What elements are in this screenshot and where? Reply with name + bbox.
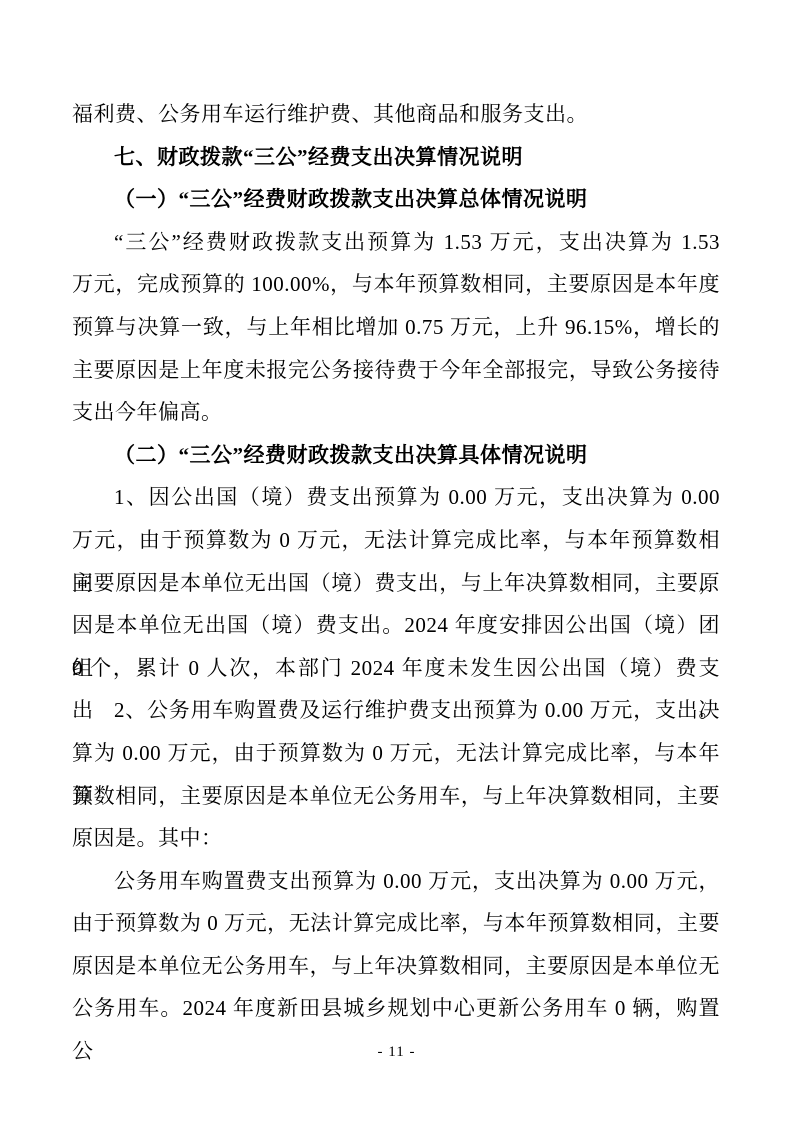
body-line: 预算与决算一致，与上年相比增加 0.75 万元，上升 96.15%，增长的 [72, 306, 720, 349]
body-line: 主要原因是本单位无出国（境）费支出，与上年决算数相同，主要原 [72, 562, 720, 605]
body-line: 1、因公出国（境）费支出预算为 0.00 万元，支出决算为 0.00 [72, 476, 720, 519]
page-number: - 11 - [0, 1045, 793, 1060]
body-line: 公务用车。2024 年度新田县城乡规划中心更新公务用车 0 辆，购置公 [72, 987, 720, 1030]
body-line: 原因是。其中： [72, 817, 720, 860]
section-heading: 七、财政拨款“三公”经费支出决算情况说明 [72, 136, 720, 179]
body-line: 支出今年偏高。 [72, 391, 720, 434]
document-page: 福利费、公务用车运行维护费、其他商品和服务支出。七、财政拨款“三公”经费支出决算… [0, 0, 793, 1122]
body-line: “三公”经费财政拨款支出预算为 1.53 万元，支出决算为 1.53 [72, 221, 720, 264]
body-line: 2、公务用车购置费及运行维护费支出预算为 0.00 万元，支出决 [72, 689, 720, 732]
body-line: 主要原因是上年度未报完公务接待费于今年全部报完，导致公务接待 [72, 349, 720, 392]
body-line: 原因是本单位无公务用车，与上年决算数相同，主要原因是本单位无 [72, 945, 720, 988]
body-line: 0 个，累计 0 人次，本部门 2024 年度未发生因公出国（境）费支出。 [72, 647, 720, 690]
body-line: 万元，由于预算数为 0 万元，无法计算完成比率，与本年预算数相同， [72, 519, 720, 562]
body-line: 因是本单位无出国（境）费支出。2024 年度安排因公出国（境）团组 [72, 604, 720, 647]
body-line: 算为 0.00 万元，由于预算数为 0 万元，无法计算完成比率，与本年预 [72, 732, 720, 775]
subsection-heading: （一）“三公”经费财政拨款支出决算总体情况说明 [72, 178, 720, 221]
body-line: 万元，完成预算的 100.00%，与本年预算数相同，主要原因是本年度 [72, 263, 720, 306]
body-line: 算数相同，主要原因是本单位无公务用车，与上年决算数相同，主要 [72, 775, 720, 818]
body-line: 由于预算数为 0 万元，无法计算完成比率，与本年预算数相同，主要 [72, 902, 720, 945]
subsection-heading: （二）“三公”经费财政拨款支出决算具体情况说明 [72, 434, 720, 477]
paragraph-continuation-line: 福利费、公务用车运行维护费、其他商品和服务支出。 [72, 93, 720, 136]
document-body: 福利费、公务用车运行维护费、其他商品和服务支出。七、财政拨款“三公”经费支出决算… [72, 93, 720, 1030]
body-line: 公务用车购置费支出预算为 0.00 万元，支出决算为 0.00 万元， [72, 860, 720, 903]
